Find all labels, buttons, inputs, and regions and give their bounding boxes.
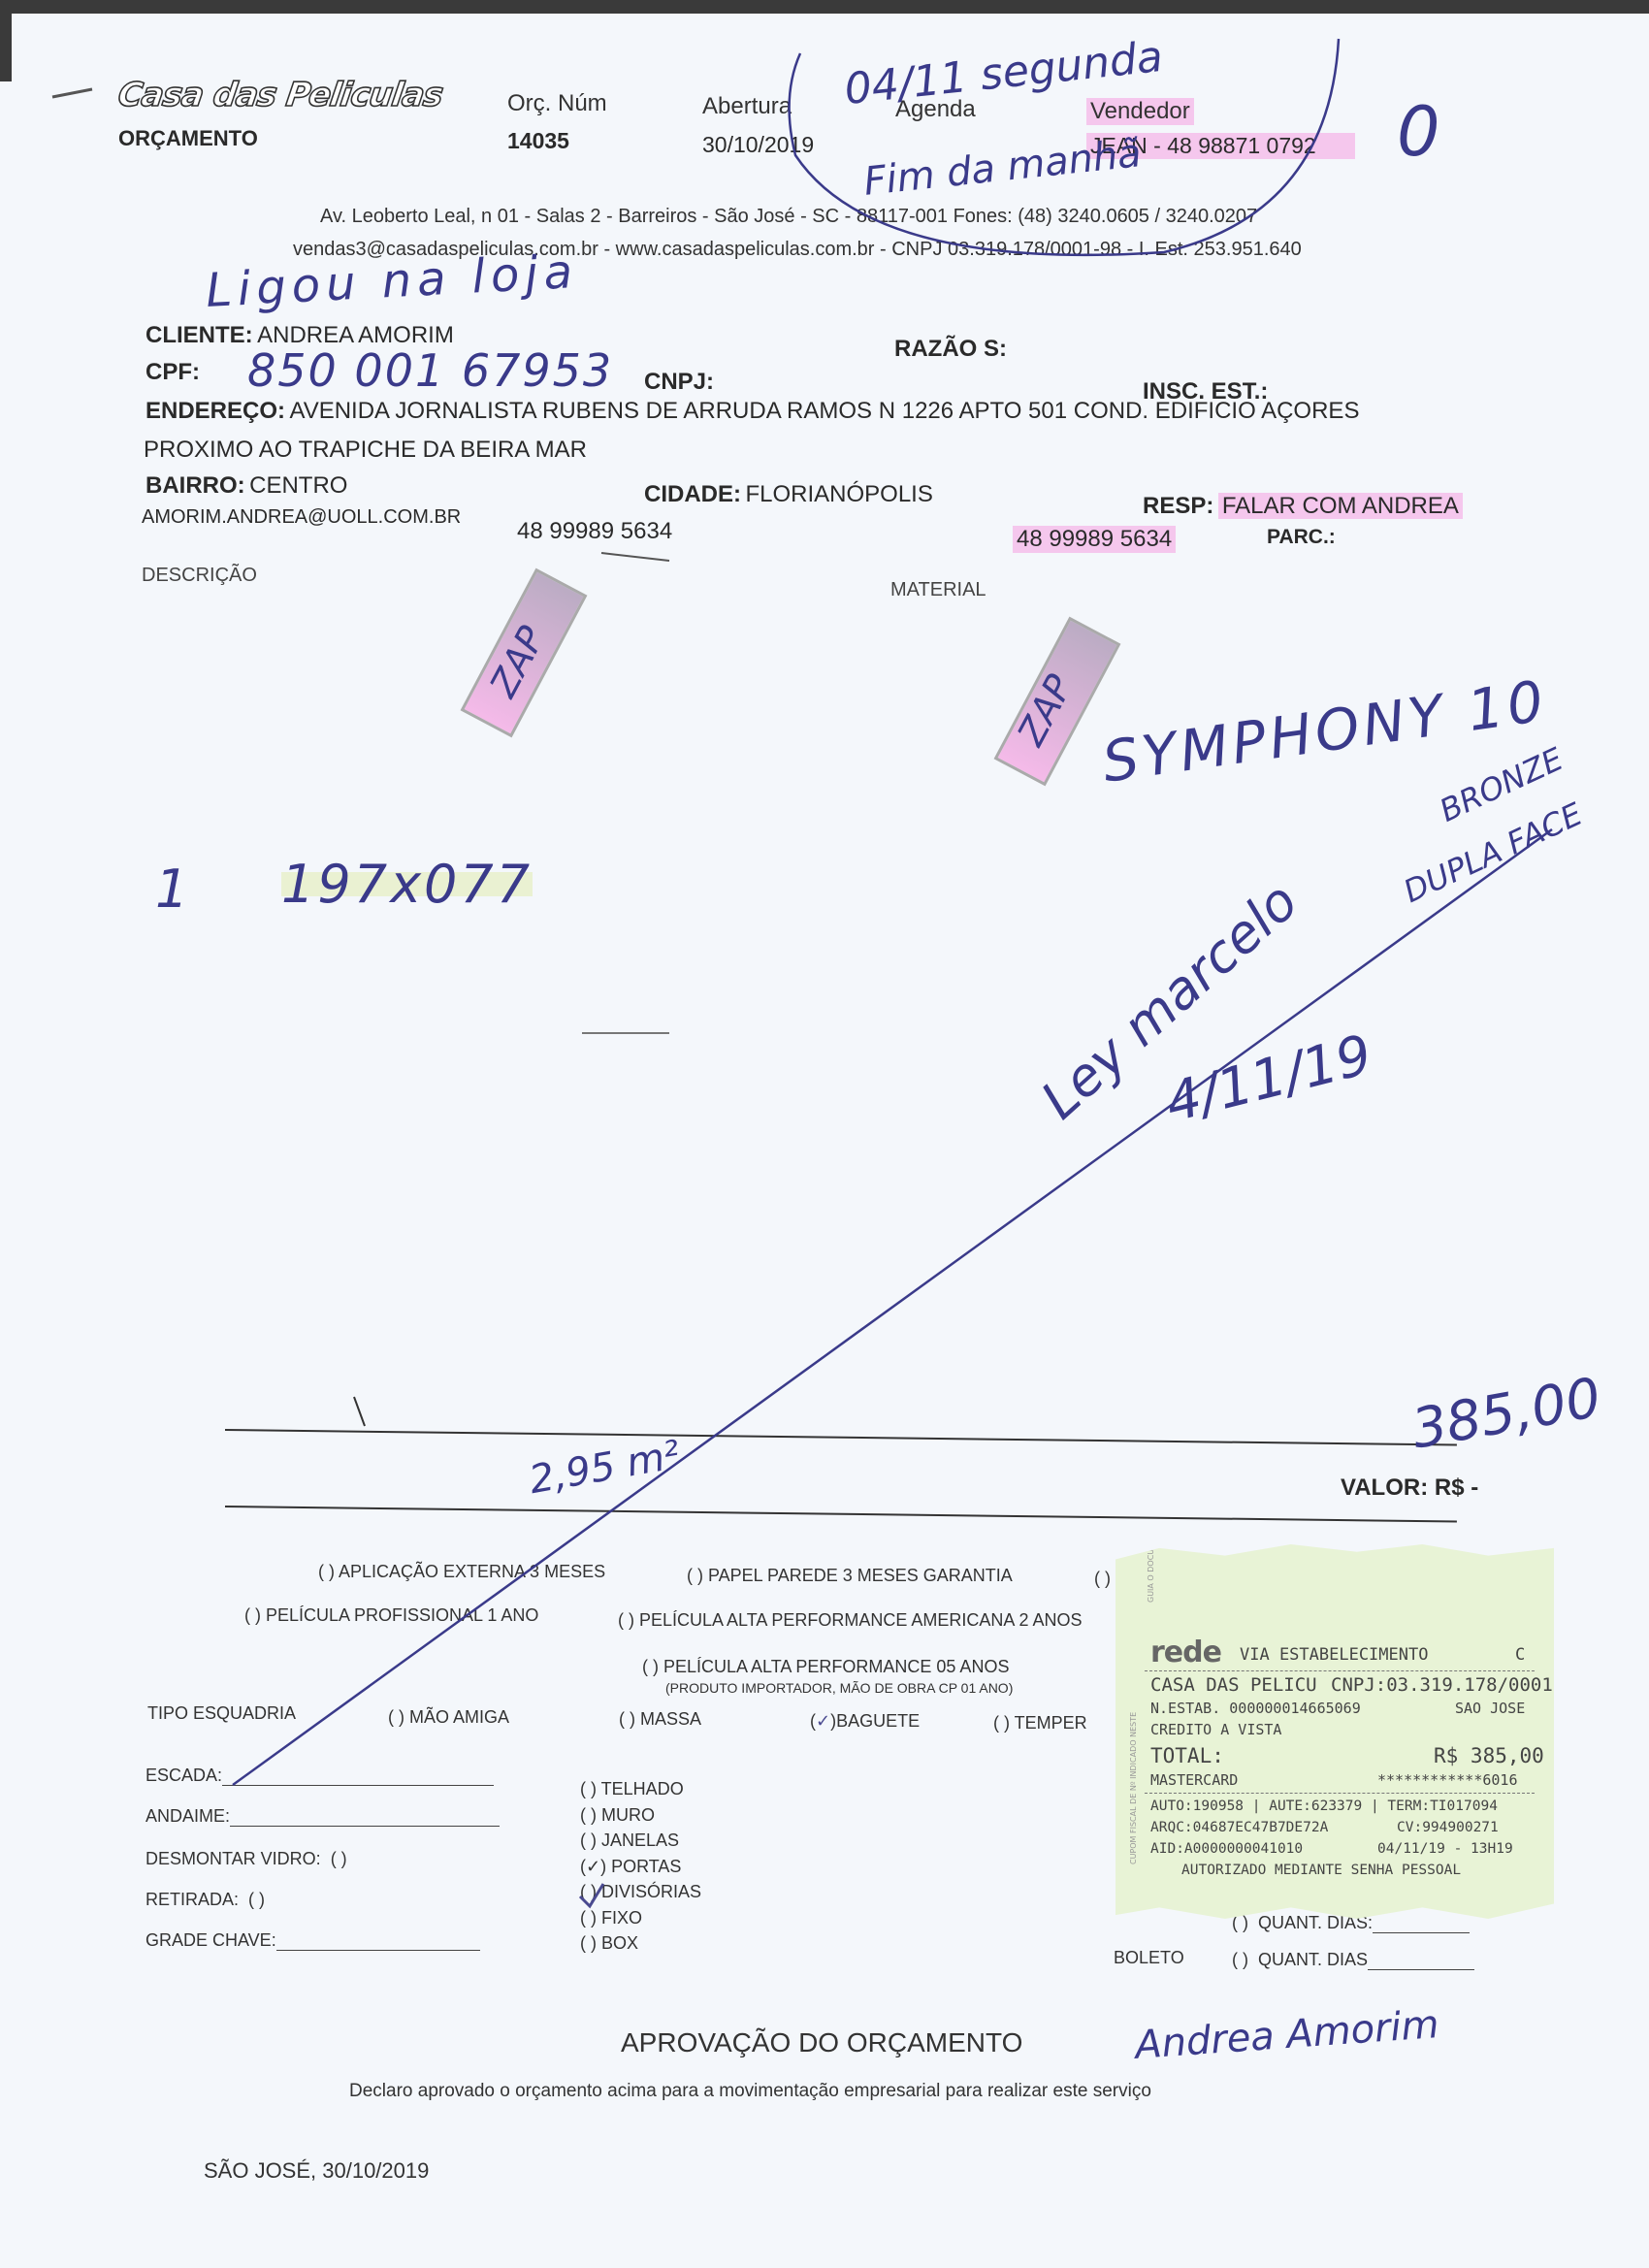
bairro-value: CENTRO [249,472,347,499]
brand-logo: Casa das Peliculas [115,76,444,114]
razao-label: RAZÃO S: [894,336,1007,363]
esquadria-massa[interactable]: ( ) MASSA [619,1709,701,1730]
receipt-side-note-2: CUPOM FISCAL DE Nº INDICADO NESTE [1129,1712,1138,1864]
receipt-card-brand: MASTERCARD [1150,1771,1238,1789]
abertura-date: 30/10/2019 [702,132,814,158]
corner-mark [52,89,92,97]
endereco-complement: PROXIMO AO TRAPICHE DA BEIRA MAR [144,437,587,464]
approval-title: APROVAÇÃO DO ORÇAMENTO [621,2027,1022,2058]
valor-label: VALOR: R$ - [1341,1474,1478,1502]
escada-input-line[interactable] [222,1785,494,1786]
receipt-divider [1145,1670,1535,1671]
receipt-aid: AID:A0000000041010 [1150,1841,1303,1857]
client-email: AMORIM.ANDREA@UOLL.COM.BR [142,506,461,529]
cidade-value: FLORIANÓPOLIS [745,481,932,507]
approval-statement: Declaro aprovado o orçamento acima para … [349,2081,1151,2102]
stray-mark [354,1397,365,1426]
scan-edge-left [0,14,12,81]
technician-date: 4/11/19 [1159,1023,1377,1135]
checkbox-empty-icon[interactable]: ( ) [580,1908,601,1928]
andaime-input-line[interactable] [230,1826,500,1827]
checkbox-empty-icon[interactable]: ( ) [580,1933,601,1953]
ligou-note: Ligou na loja [205,244,580,318]
item-dimensions: 197x077 [281,854,533,915]
grade-chave-field[interactable]: GRADE CHAVE: [145,1930,480,1951]
receipt-via-code: C [1515,1645,1525,1665]
endereco-value: AVENIDA JORNALISTA RUBENS DE ARRUDA RAMO… [289,398,1359,424]
location-options: ( ) TELHADO( ) MURO( ) JANELAS(✓) PORTAS… [580,1779,701,1960]
location-option-muro[interactable]: ( ) MURO [580,1805,701,1831]
receipt-total-label: TOTAL: [1150,1744,1224,1767]
receipt-estab: N.ESTAB. 000000014665069 [1150,1700,1361,1717]
option-pelicula-profissional[interactable]: ( ) PELÍCULA PROFISSIONAL 1 ANO [244,1605,538,1626]
agenda-note-time: Fim da manhã [861,131,1143,205]
endereco-label: ENDEREÇO: [145,398,285,424]
client-phone: 48 99989 5634 [517,518,672,545]
location-option-box[interactable]: ( ) BOX [580,1933,701,1960]
option-pelicula-americana[interactable]: ( ) PELÍCULA ALTA PERFORMANCE AMERICANA … [618,1610,1122,1631]
resp-row: RESP: FALAR COM ANDREA [1143,493,1463,520]
receipt-side-note-1: GUIA O DOCUM COMPROVANTE [1147,1480,1155,1603]
material-label: MATERIAL [890,579,986,601]
item-qty: 1 [155,859,188,920]
approval-signature: Andrea Amorim [1134,2002,1440,2068]
option-papel-parede[interactable]: ( ) PAPEL PAREDE 3 MESES GARANTIA [687,1566,1013,1586]
location-option-divisórias[interactable]: ( ) DIVISÓRIAS [580,1882,701,1908]
cpf-value: 850 001 67953 [247,344,613,397]
receipt-datetime: 04/11/19 - 13H19 [1377,1841,1513,1857]
document-type: ORÇAMENTO [118,126,258,151]
cnpj-label: CNPJ: [644,369,714,396]
checkbox-empty-icon[interactable]: ( ) [580,1831,601,1850]
receipt-total: R$ 385,00 [1434,1744,1544,1767]
checkbox-empty-icon[interactable]: ( ) [580,1882,601,1901]
checkbox-checked-icon[interactable]: (✓) [580,1857,611,1876]
total-line-top [225,1429,1457,1446]
option-pelicula-05-anos[interactable]: ( ) PELÍCULA ALTA PERFORMANCE 05 ANOS [642,1657,1009,1677]
material-face: DUPLA FACE [1398,795,1588,910]
abertura-label: Abertura [702,93,792,120]
endereco-row: ENDEREÇO: AVENIDA JORNALISTA RUBENS DE A… [145,398,1359,425]
checkbox-empty-icon[interactable]: ( ) [580,1805,601,1825]
esquadria-baguete[interactable]: (✓)BAGUETE [810,1711,920,1732]
parc-label: PARC.: [1267,526,1336,549]
option-row1-extra[interactable]: ( ) [1094,1569,1111,1589]
cpf-label: CPF: [145,359,200,386]
receipt-arqc: ARQC:04687EC47B7DE72A [1150,1820,1328,1835]
desmontar-field[interactable]: DESMONTAR VIDRO: ( ) [145,1849,347,1869]
location-option-fixo[interactable]: ( ) FIXO [580,1908,701,1934]
descricao-label: DESCRIÇÃO [142,565,257,587]
cidade-row: CIDADE: FLORIANÓPOLIS [644,481,933,508]
receipt-cv: CV:994900271 [1397,1820,1499,1835]
resp-value: FALAR COM ANDREA [1218,493,1463,519]
esquadria-label: TIPO ESQUADRIA [147,1703,296,1724]
quant-dias-input-line[interactable] [1373,1932,1470,1933]
boleto-field[interactable]: ( ) QUANT. DIAS [1232,1950,1474,1970]
valor-handwritten: 385,00 [1407,1366,1605,1461]
company-address: Av. Leoberto Leal, n 01 - Salas 2 - Barr… [320,206,1257,228]
option-aplicacao-externa[interactable]: ( ) APLICAÇÃO EXTERNA 3 MESES [318,1562,605,1582]
cidade-label: CIDADE: [644,481,741,507]
scan-edge [0,0,1649,14]
total-line-bottom [225,1506,1457,1523]
retirada-field[interactable]: RETIRADA: ( ) [145,1890,265,1910]
place-date: SÃO JOSÉ, 30/10/2019 [204,2158,429,2184]
stray-line [601,553,669,561]
client-phone-highlighted: 48 99989 5634 [1013,526,1176,553]
vendedor-label: Vendedor [1086,98,1194,125]
location-option-janelas[interactable]: ( ) JANELAS [580,1831,701,1857]
receipt-footer: AUTORIZADO MEDIANTE SENHA PESSOAL [1181,1863,1461,1878]
resp-label: RESP: [1143,493,1213,519]
rede-logo: rede [1150,1636,1221,1669]
receipt-merchant: CASA DAS PELICU [1150,1674,1317,1696]
grade-chave-input-line[interactable] [276,1950,480,1951]
receipt-city: SAO JOSE [1455,1700,1525,1717]
receipt-cnpj: CNPJ:03.319.178/0001-98 [1331,1674,1586,1696]
receipt-type: CREDITO A VISTA [1150,1721,1281,1738]
area-note: 2,95 m² [526,1433,683,1504]
orc-num-label: Orç. Núm [507,90,607,117]
location-option-portas[interactable]: (✓) PORTAS [580,1857,701,1883]
option-pelicula-05-anos-note: (PRODUTO IMPORTADOR, MÃO DE OBRA CP 01 A… [665,1680,1013,1696]
check-mark-icon: ✓ [816,1711,830,1732]
cliente-label: CLIENTE: [145,322,253,348]
location-option-telhado[interactable]: ( ) TELHADO [580,1779,701,1805]
checkbox-empty-icon[interactable]: ( ) [580,1779,601,1798]
esquadria-mao-amiga[interactable]: ( ) MÃO AMIGA [388,1707,509,1728]
bairro-label: BAIRRO: [145,472,245,499]
receipt-divider-2 [1145,1793,1535,1794]
boleto-label: BOLETO [1114,1948,1184,1968]
top-right-mark: 0 [1397,92,1440,172]
orc-num: 14035 [507,128,569,154]
esquadria-temper[interactable]: ( ) TEMPER [993,1713,1115,1733]
boleto-input-line[interactable] [1368,1969,1474,1970]
receipt-auth: AUTO:190958 | AUTE:623379 | TERM:TI01709… [1150,1798,1498,1814]
escada-field[interactable]: ESCADA: [145,1766,494,1786]
card-receipt: GUIA O DOCUM COMPROVANTE CUPOM FISCAL DE… [1115,1544,1554,1919]
receipt-via: VIA ESTABELECIMENTO [1240,1645,1428,1665]
receipt-card-number: ************6016 [1377,1771,1518,1789]
bairro-row: BAIRRO: CENTRO [145,472,347,500]
andaime-field[interactable]: ANDAIME: [145,1806,500,1827]
